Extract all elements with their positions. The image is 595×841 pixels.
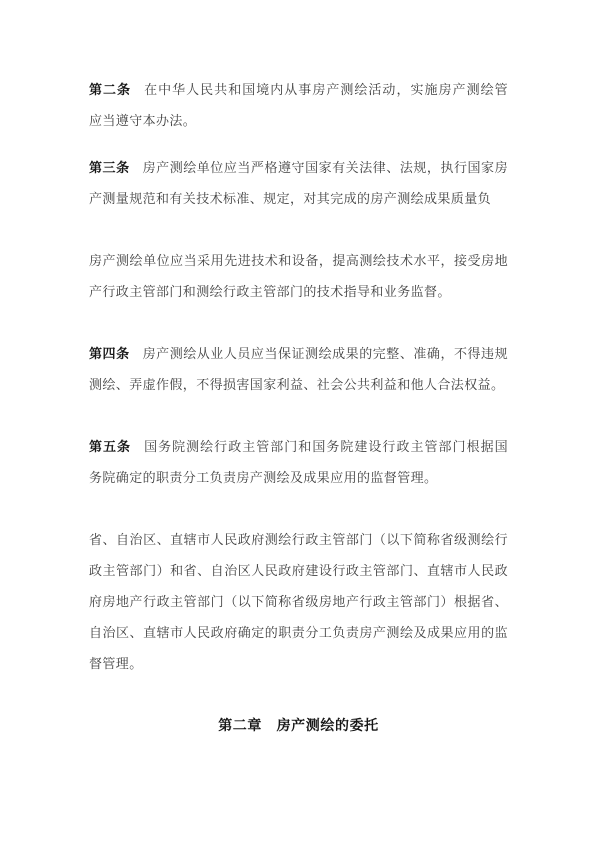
article-number: 第五条 — [89, 439, 131, 454]
text-line: 测绘、弄虚作假，不得损害国家利益、社会公共利益和他人合法权益。 — [89, 369, 508, 400]
text-line: 自治区、直辖市人民政府确定的职责分工负责房产测绘及成果应用的监 — [89, 617, 508, 648]
paragraph-list: 第二条在中华人民共和国境内从事房产测绘活动，实施房产测绘管理，应当遵守本办法。第… — [89, 74, 508, 679]
article-number: 第三条 — [89, 160, 130, 175]
paragraph: 第二条在中华人民共和国境内从事房产测绘活动，实施房产测绘管理，应当遵守本办法。 — [89, 74, 508, 136]
text-line: 第二条在中华人民共和国境内从事房产测绘活动，实施房产测绘管理， — [89, 74, 508, 105]
article-number: 第二条 — [89, 82, 131, 97]
document-body: 第二条在中华人民共和国境内从事房产测绘活动，实施房产测绘管理，应当遵守本办法。第… — [89, 74, 508, 742]
text-line: 房产测绘单位应当采用先进技术和设备，提高测绘技术水平，接受房地 — [89, 245, 508, 276]
paragraph: 第五条国务院测绘行政主管部门和国务院建设行政主管部门根据国务院确定的职责分工负责… — [89, 431, 508, 493]
text-line: 省、自治区、直辖市人民政府测绘行政主管部门（以下简称省级测绘行 — [89, 524, 508, 555]
text-line: 应当遵守本办法。 — [89, 105, 508, 136]
chapter-heading: 第二章 房产测绘的委托 — [89, 711, 508, 742]
text-line: 产测量规范和有关技术标准、规定，对其完成的房产测绘成果质量负责。 — [89, 183, 508, 214]
text-line: 务院确定的职责分工负责房产测绘及成果应用的监督管理。 — [89, 462, 508, 493]
paragraph: 房产测绘单位应当采用先进技术和设备，提高测绘技术水平，接受房地产行政主管部门和测… — [89, 245, 508, 307]
text-line: 产行政主管部门和测绘行政主管部门的技术指导和业务监督。 — [89, 276, 508, 307]
article-number: 第四条 — [89, 346, 130, 361]
paragraph: 省、自治区、直辖市人民政府测绘行政主管部门（以下简称省级测绘行政主管部门）和省、… — [89, 524, 508, 679]
document-page: 第二条在中华人民共和国境内从事房产测绘活动，实施房产测绘管理，应当遵守本办法。第… — [0, 0, 595, 841]
paragraph: 第三条房产测绘单位应当严格遵守国家有关法律、法规，执行国家房产测量规范和有关技术… — [89, 152, 508, 214]
text-line: 第四条房产测绘从业人员应当保证测绘成果的完整、准确，不得违规 — [89, 338, 508, 369]
text-line: 府房地产行政主管部门（以下简称省级房地产行政主管部门）根据省、 — [89, 586, 508, 617]
text-line: 政主管部门）和省、自治区人民政府建设行政主管部门、直辖市人民政 — [89, 555, 508, 586]
text-line: 督管理。 — [89, 648, 508, 679]
paragraph: 第四条房产测绘从业人员应当保证测绘成果的完整、准确，不得违规测绘、弄虚作假，不得… — [89, 338, 508, 400]
text-line: 第三条房产测绘单位应当严格遵守国家有关法律、法规，执行国家房 — [89, 152, 508, 183]
text-line: 第五条国务院测绘行政主管部门和国务院建设行政主管部门根据国 — [89, 431, 508, 462]
